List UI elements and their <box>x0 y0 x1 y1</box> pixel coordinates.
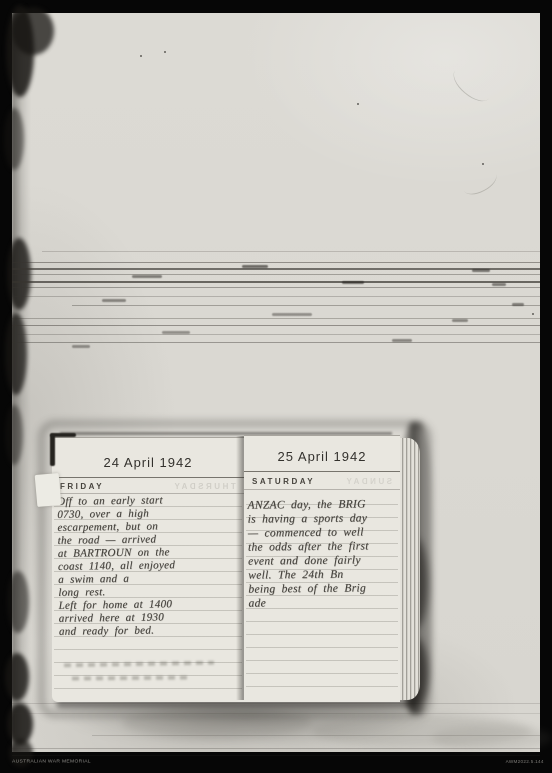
open-diary: 24 April 1942 FRIDAY THURSDAY Off to an … <box>46 428 424 710</box>
page-date: 24 April 1942 <box>52 455 244 470</box>
entry-line: being best of the Brig <box>248 581 369 596</box>
entry-line: well. The 24th Bn <box>248 567 369 582</box>
streak-dash <box>492 283 506 286</box>
speck <box>164 51 166 53</box>
header-rule <box>244 471 400 472</box>
entry-line: and ready for bed. <box>59 624 176 639</box>
smudge-blob <box>5 405 23 465</box>
diary-page-right: 25 April 1942 SATURDAY SUNDAY ANZAC day,… <box>244 435 400 702</box>
streak-dash <box>132 275 162 278</box>
streak-dash <box>392 339 412 342</box>
speck <box>532 313 534 315</box>
smudge-blob <box>5 653 29 701</box>
streak-dash <box>512 303 524 306</box>
entry-line: is having a sports day <box>248 511 369 526</box>
streak-dash <box>342 281 364 284</box>
streak-line <box>12 296 540 297</box>
entry-line: Off to an early start <box>57 494 174 509</box>
entry-line: coast 1140, all enjoyed <box>58 559 175 574</box>
streak-line <box>12 262 540 263</box>
entry-line: ANZAC day, the BRIG <box>247 497 368 512</box>
entry-line: the odds after the first <box>248 539 369 554</box>
page-edge-stack <box>400 438 420 700</box>
diary-page-left: 24 April 1942 FRIDAY THURSDAY Off to an … <box>52 437 244 702</box>
streak-line <box>12 268 540 270</box>
photograph: 24 April 1942 FRIDAY THURSDAY Off to an … <box>12 13 540 752</box>
handwritten-entry: ANZAC day, the BRIG is having a sports d… <box>247 497 369 610</box>
streak-line <box>12 287 540 288</box>
streak-line <box>12 755 540 756</box>
cover-corner-mark <box>50 433 76 437</box>
scratch-mark <box>460 166 501 200</box>
entry-line: escarpement, but on <box>57 520 174 535</box>
streak-dash <box>72 345 90 348</box>
archive-holder-caption: AUSTRALIAN WAR MEMORIAL <box>12 758 91 764</box>
handwritten-entry: Off to an early start 0730, over a high … <box>57 494 176 639</box>
ghost-day-label: THURSDAY <box>172 482 236 491</box>
speck <box>140 55 142 57</box>
smudge-blob <box>12 7 54 55</box>
smudge-blob <box>4 108 24 170</box>
streak-line <box>12 281 540 283</box>
scratch-mark <box>448 62 496 108</box>
streak-dash <box>472 269 490 272</box>
streak-line <box>12 274 540 275</box>
archive-reference-caption: AWM2022.5.144 <box>506 759 544 764</box>
ghost-day-label: SUNDAY <box>344 477 392 486</box>
streak-line <box>12 325 540 326</box>
streak-dash <box>452 319 468 322</box>
streak-line <box>72 305 540 306</box>
speck <box>482 163 484 165</box>
smudge-blob <box>7 571 29 633</box>
streak-line <box>12 334 540 335</box>
entry-line: ade <box>248 595 369 610</box>
speck <box>357 103 359 105</box>
streak-line <box>12 342 540 343</box>
entry-line: arrived here at 1930 <box>59 611 176 626</box>
streak-dash <box>162 331 190 334</box>
tape-tab <box>35 473 62 507</box>
scan-frame: 24 April 1942 FRIDAY THURSDAY Off to an … <box>0 0 552 773</box>
page-date: 25 April 1942 <box>244 449 400 464</box>
streak-dash <box>242 265 268 268</box>
entry-line: — commenced to well <box>248 525 369 540</box>
streak-line <box>42 251 540 252</box>
header-rule <box>244 489 400 490</box>
grey-wash <box>432 725 552 751</box>
entry-line: event and done fairly <box>248 553 369 568</box>
cover-corner-mark <box>50 434 55 466</box>
day-label: FRIDAY <box>60 482 104 491</box>
header-rule <box>52 477 244 478</box>
streak-dash <box>272 313 312 316</box>
day-label: SATURDAY <box>252 477 315 486</box>
streak-dash <box>102 299 126 302</box>
